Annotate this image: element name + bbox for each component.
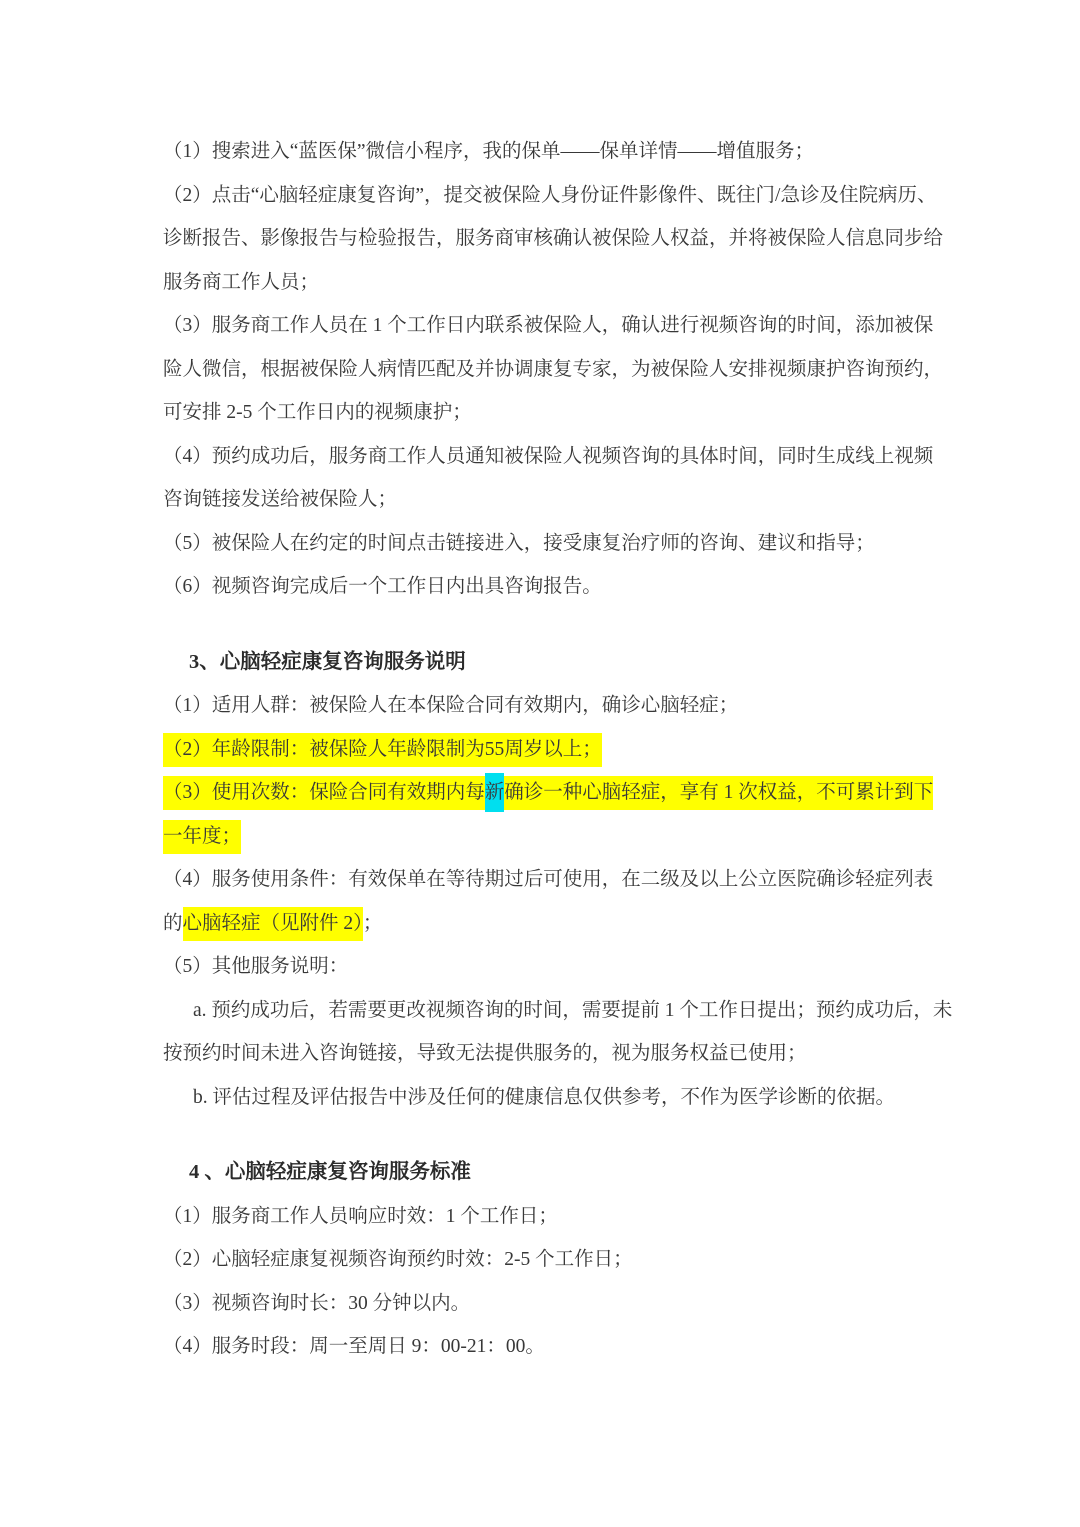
- text-segment: （5）其他服务说明：: [163, 956, 348, 977]
- text-segment: 3、心脑轻症康复咨询服务说明: [189, 651, 466, 673]
- standard-1: （1）服务商工作人员响应时效：1 个工作日；: [163, 1195, 925, 1239]
- step-3-line-3: 可安排 2-5 个工作日内的视频康护；: [163, 391, 925, 435]
- step-3-line-2: 险人微信，根据被保险人病情匹配及并协调康复专家，为被保险人安排视频康护咨询预约，: [163, 348, 925, 392]
- text-segment: 4 、心脑轻症康复咨询服务标准: [189, 1161, 471, 1183]
- text-segment: 按预约时间未进入咨询链接，导致无法提供服务的，视为服务权益已使用；: [163, 1043, 807, 1064]
- document-content: （1）搜索进入“蓝医保”微信小程序，我的保单——保单详情——增值服务；（2）点击…: [163, 130, 925, 1369]
- text-segment: 咨询链接发送给被保险人；: [163, 489, 397, 510]
- note-5a-line-2: 按预约时间未进入咨询链接，导致无法提供服务的，视为服务权益已使用；: [163, 1032, 925, 1076]
- document-page: （1）搜索进入“蓝医保”微信小程序，我的保单——保单详情——增值服务；（2）点击…: [0, 0, 1080, 1527]
- text-segment: （2）点击“心脑轻症康复咨询”，提交被保险人身份证件影像件、既往门/急诊及住院病…: [163, 185, 936, 206]
- section-gap: [163, 609, 925, 641]
- text-segment: 可安排 2-5 个工作日内的视频康护；: [163, 402, 472, 423]
- highlighted-text: 一年度；: [163, 820, 241, 854]
- text-segment: 服务商工作人员；: [163, 272, 319, 293]
- note-3-line-2-highlighted: 一年度；: [163, 815, 925, 859]
- step-6: （6）视频咨询完成后一个工作日内出具咨询报告。: [163, 565, 925, 609]
- text-segment: （1）服务商工作人员响应时效：1 个工作日；: [163, 1206, 558, 1227]
- step-4-line-2: 咨询链接发送给被保险人；: [163, 478, 925, 522]
- text-segment: （3）视频咨询时长：30 分钟以内。: [163, 1293, 470, 1314]
- text-segment: a. 预约成功后，若需要更改视频咨询的时间，需要提前 1 个工作日提出；预约成功…: [193, 1000, 952, 1021]
- highlighted-text: 新: [485, 773, 505, 812]
- text-segment: 的: [163, 913, 183, 934]
- text-segment: （1）搜索进入“蓝医保”微信小程序，我的保单——保单详情——增值服务；: [163, 141, 814, 162]
- step-2-line-2: 诊断报告、影像报告与检验报告，服务商审核确认被保险人权益，并将被保险人信息同步给: [163, 217, 925, 261]
- highlighted-text: 心脑轻症（见附件 2）: [183, 907, 363, 941]
- step-2-line-3: 服务商工作人员；: [163, 261, 925, 305]
- note-3-line-1-highlighted: （3）使用次数：保险合同有效期内每新确诊一种心脑轻症，享有 1 次权益，不可累计…: [163, 771, 925, 815]
- text-segment: （2）心脑轻症康复视频咨询预约时效：2-5 个工作日；: [163, 1249, 633, 1270]
- text-segment: b. 评估过程及评估报告中涉及任何的健康信息仅供参考，不作为医学诊断的依据。: [193, 1087, 895, 1108]
- note-4-line-1: （4）服务使用条件：有效保单在等待期过后可使用，在二级及以上公立医院确诊轻症列表: [163, 858, 925, 902]
- text-segment: 诊断报告、影像报告与检验报告，服务商审核确认被保险人权益，并将被保险人信息同步给: [163, 228, 943, 249]
- note-5: （5）其他服务说明：: [163, 945, 925, 989]
- step-3-line-1: （3）服务商工作人员在 1 个工作日内联系被保险人，确认进行视频咨询的时间，添加…: [163, 304, 925, 348]
- highlighted-text: 确诊一种心脑轻症，享有 1 次权益，不可累计到下: [504, 776, 933, 810]
- text-segment: 险人微信，根据被保险人病情匹配及并协调康复专家，为被保险人安排视频康护咨询预约，: [163, 359, 943, 380]
- text-segment: ；: [363, 913, 383, 934]
- standard-4: （4）服务时段：周一至周日 9：00-21：00。: [163, 1325, 925, 1369]
- step-2-line-1: （2）点击“心脑轻症康复咨询”，提交被保险人身份证件影像件、既往门/急诊及住院病…: [163, 174, 925, 218]
- standard-3: （3）视频咨询时长：30 分钟以内。: [163, 1282, 925, 1326]
- step-4-line-1: （4）预约成功后，服务商工作人员通知被保险人视频咨询的具体时间，同时生成线上视频: [163, 435, 925, 479]
- text-segment: （4）服务时段：周一至周日 9：00-21：00。: [163, 1336, 545, 1357]
- note-1: （1）适用人群：被保险人在本保险合同有效期内，确诊心脑轻症；: [163, 684, 925, 728]
- note-4-line-2: 的心脑轻症（见附件 2）；: [163, 902, 925, 946]
- note-5a-line-1: a. 预约成功后，若需要更改视频咨询的时间，需要提前 1 个工作日提出；预约成功…: [163, 989, 925, 1033]
- text-segment: （6）视频咨询完成后一个工作日内出具咨询报告。: [163, 576, 602, 597]
- highlighted-text: （3）使用次数：保险合同有效期内每: [163, 776, 485, 810]
- note-2-highlighted: （2）年龄限制：被保险人年龄限制为55周岁以上；: [163, 728, 925, 772]
- text-segment: （4）服务使用条件：有效保单在等待期过后可使用，在二级及以上公立医院确诊轻症列表: [163, 869, 933, 890]
- step-1: （1）搜索进入“蓝医保”微信小程序，我的保单——保单详情——增值服务；: [163, 130, 925, 174]
- section-gap: [163, 1119, 925, 1151]
- highlighted-text: （2）年龄限制：被保险人年龄限制为55周岁以上；: [163, 733, 602, 767]
- text-segment: （3）服务商工作人员在 1 个工作日内联系被保险人，确认进行视频咨询的时间，添加…: [163, 315, 933, 336]
- note-5b: b. 评估过程及评估报告中涉及任何的健康信息仅供参考，不作为医学诊断的依据。: [163, 1076, 925, 1120]
- section-4-heading: 4 、心脑轻症康复咨询服务标准: [163, 1151, 925, 1195]
- standard-2: （2）心脑轻症康复视频咨询预约时效：2-5 个工作日；: [163, 1238, 925, 1282]
- text-segment: （1）适用人群：被保险人在本保险合同有效期内，确诊心脑轻症；: [163, 695, 738, 716]
- section-3-heading: 3、心脑轻症康复咨询服务说明: [163, 641, 925, 685]
- text-segment: （4）预约成功后，服务商工作人员通知被保险人视频咨询的具体时间，同时生成线上视频: [163, 446, 933, 467]
- text-segment: （5）被保险人在约定的时间点击链接进入，接受康复治疗师的咨询、建议和指导；: [163, 533, 875, 554]
- step-5: （5）被保险人在约定的时间点击链接进入，接受康复治疗师的咨询、建议和指导；: [163, 522, 925, 566]
